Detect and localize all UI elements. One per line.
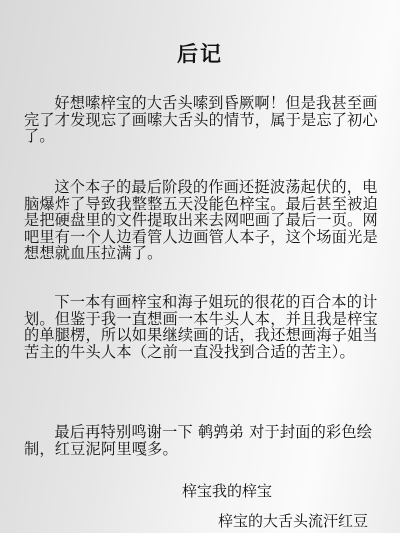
signature-line-2: 梓宝的大舌头流汗红豆 (218, 510, 368, 531)
paragraph-2: 这个本子的最后阶段的作画还挺波荡起伏的，电脑爆炸了导致我整整五天没能色梓宝。最后… (24, 179, 386, 262)
paragraph-3: 下一本有画梓宝和海子姐玩的很花的百合本的计划。但鉴于我一直想画一本牛头人本，并且… (24, 294, 386, 360)
paragraph-1: 好想嗦梓宝的大舌头嗦到昏厥啊！但是我甚至画完了才发现忘了画嗦大舌头的情节，属于是… (24, 95, 386, 145)
signature-line-1: 梓宝我的梓宝 (182, 480, 272, 501)
afterword-page: 后记 好想嗦梓宝的大舌头嗦到昏厥啊！但是我甚至画完了才发现忘了画嗦大舌头的情节，… (0, 0, 400, 533)
paragraph-4: 最后再特别鸣谢一下 鹌鹑弟 对于封面的彩色绘制，红豆泥阿里嘎多。 (24, 424, 386, 457)
page-title: 后记 (0, 38, 400, 68)
